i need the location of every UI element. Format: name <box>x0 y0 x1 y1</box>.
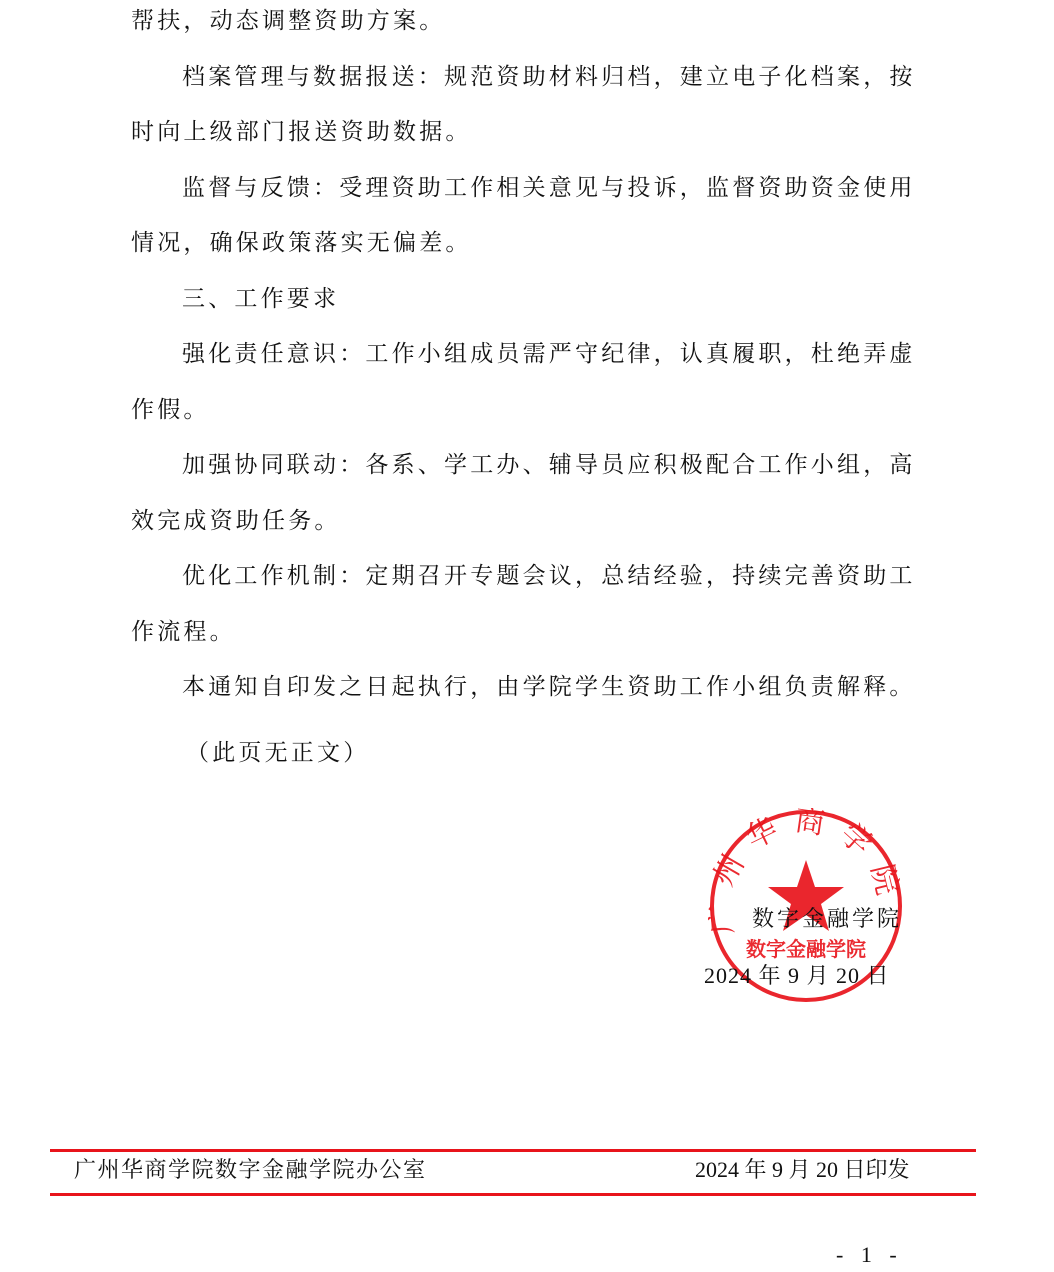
body-line: 时向上级部门报送资助数据。 <box>131 117 472 147</box>
body-line: 优化工作机制：定期召开专题会议，总结经验，持续完善资助工 <box>182 561 916 591</box>
page-number: - 1 - <box>836 1242 903 1268</box>
footer-issue-date: 2024 年 9 月 20 日印发 <box>695 1156 910 1184</box>
seal-inner-text: 数字金融学院 <box>746 937 866 961</box>
signature-date: 2024 年 9 月 20 日 <box>704 962 890 990</box>
no-body-note: （此页无正文） <box>186 738 369 768</box>
body-line: 档案管理与数据报送：规范资助材料归档，建立电子化档案，按 <box>182 62 916 92</box>
footer-bottom-rule <box>50 1193 976 1196</box>
signature-org: 数字金融学院 <box>752 906 902 934</box>
body-line: 本通知自印发之日起执行，由学院学生资助工作小组负责解释。 <box>182 672 916 702</box>
body-line: 情况，确保政策落实无偏差。 <box>131 228 472 258</box>
footer-issuer: 广州华商学院数字金融学院办公室 <box>74 1156 427 1184</box>
body-line: 作流程。 <box>131 617 236 647</box>
footer-top-rule <box>50 1149 976 1152</box>
section-heading: 三、工作要求 <box>182 284 339 314</box>
body-line: 作假。 <box>131 395 210 425</box>
body-line: 监督与反馈：受理资助工作相关意见与投诉，监督资助资金使用 <box>182 173 916 203</box>
body-line: 效完成资助任务。 <box>131 506 341 536</box>
body-line: 加强协同联动：各系、学工办、辅导员应积极配合工作小组，高 <box>182 450 916 480</box>
body-line: 强化责任意识：工作小组成员需严守纪律，认真履职，杜绝弄虚 <box>182 339 916 369</box>
body-line: 帮扶，动态调整资助方案。 <box>131 6 445 36</box>
